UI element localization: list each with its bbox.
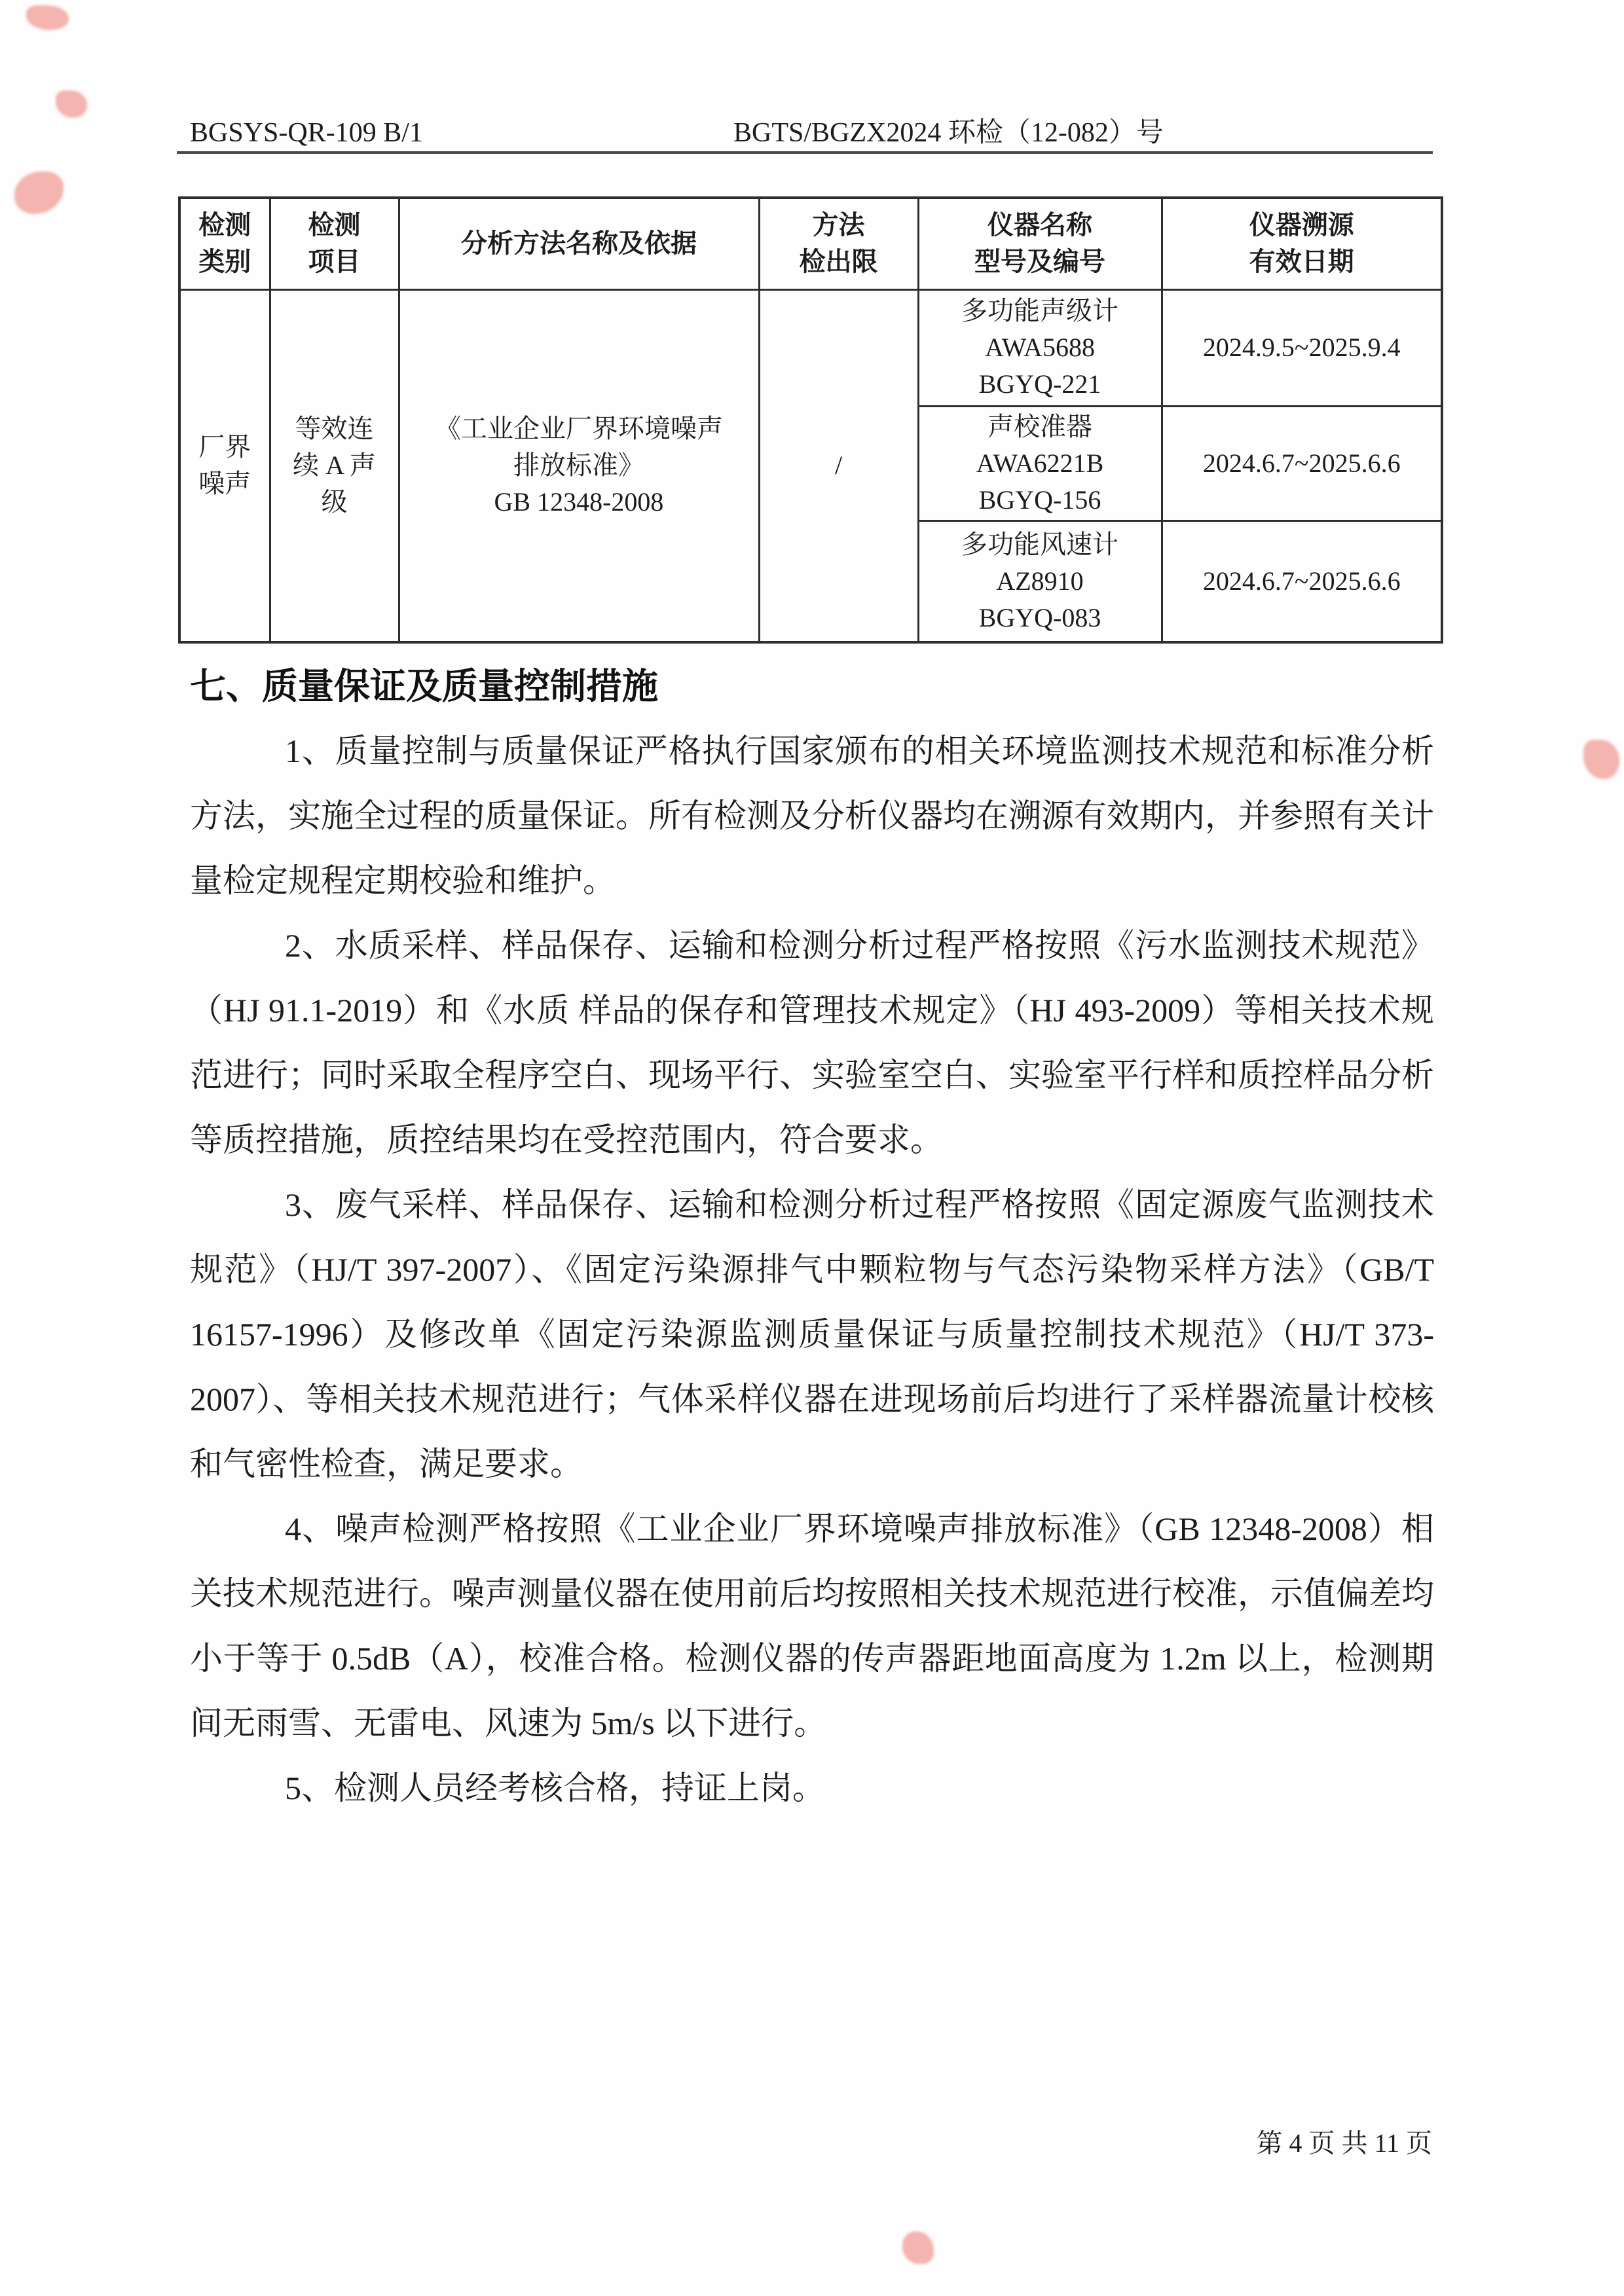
- paragraph-5: 5、检测人员经考核合格，持证上岗。: [190, 1756, 1434, 1821]
- cell-instrument-2: 声校准器 AWA6221B BGYQ-156: [918, 406, 1162, 520]
- col-header-detection-limit: 方法 检出限: [759, 198, 918, 289]
- cell-method: 《工业企业厂界环境噪声 排放标准》 GB 12348-2008: [399, 289, 759, 642]
- cell-validity-3: 2024.6.7~2025.6.6: [1162, 520, 1442, 642]
- report-number: BGTS/BGZX2024 环检（12-082）号: [733, 117, 1164, 149]
- col-header-category: 检测 类别: [179, 198, 270, 289]
- stamp-artifact: [902, 2231, 934, 2264]
- cell-detection-limit: /: [759, 289, 918, 642]
- table-row: 厂界 噪声 等效连 续 A 声 级 《工业企业厂界环境噪声 排放标准》 GB 1…: [179, 289, 1442, 406]
- col-header-method: 分析方法名称及依据: [399, 198, 759, 289]
- instruments-table: 检测 类别 检测 项目 分析方法名称及依据 方法 检出限 仪器名称 型号及编号 …: [178, 196, 1443, 644]
- stamp-artifact: [14, 172, 64, 214]
- stamp-artifact: [26, 5, 69, 30]
- paragraph-4: 4、噪声检测严格按照《工业企业厂界环境噪声排放标准》（GB 12348-2008…: [190, 1497, 1434, 1756]
- page-header: BGSYS-QR-109 B/1 BGTS/BGZX2024 环检（12-082…: [190, 117, 1434, 149]
- header-divider: [177, 151, 1433, 154]
- paragraph-3: 3、废气采样、样品保存、运输和检测分析过程严格按照《固定源废气监测技术规范》（H…: [190, 1173, 1434, 1497]
- table-header-row: 检测 类别 检测 项目 分析方法名称及依据 方法 检出限 仪器名称 型号及编号 …: [179, 198, 1442, 289]
- paragraph-1: 1、质量控制与质量保证严格执行国家颁布的相关环境监测技术规范和标准分析方法，实施…: [190, 719, 1434, 913]
- cell-validity-1: 2024.9.5~2025.9.4: [1162, 289, 1442, 406]
- col-header-item: 检测 项目: [270, 198, 399, 289]
- cell-item: 等效连 续 A 声 级: [270, 289, 399, 642]
- page-number: 第 4 页 共 11 页: [1256, 2126, 1432, 2160]
- cell-instrument-3: 多功能风速计 AZ8910 BGYQ-083: [918, 520, 1162, 642]
- section-title: 七、质量保证及质量控制措施: [190, 663, 1434, 710]
- col-header-instrument: 仪器名称 型号及编号: [918, 198, 1162, 289]
- stamp-artifact: [56, 90, 87, 118]
- stamp-artifact: [1583, 740, 1619, 779]
- document-page: BGSYS-QR-109 B/1 BGTS/BGZX2024 环检（12-082…: [0, 0, 1624, 2296]
- doc-code: BGSYS-QR-109 B/1: [190, 117, 423, 149]
- paragraph-2: 2、水质采样、样品保存、运输和检测分析过程严格按照《污水监测技术规范》（HJ 9…: [190, 913, 1434, 1173]
- col-header-validity: 仪器溯源 有效日期: [1162, 198, 1442, 289]
- cell-category: 厂界 噪声: [179, 289, 270, 642]
- cell-instrument-1: 多功能声级计 AWA5688 BGYQ-221: [918, 289, 1162, 406]
- cell-validity-2: 2024.6.7~2025.6.6: [1162, 406, 1442, 520]
- qa-qc-section: 七、质量保证及质量控制措施 1、质量控制与质量保证严格执行国家颁布的相关环境监测…: [190, 663, 1434, 1821]
